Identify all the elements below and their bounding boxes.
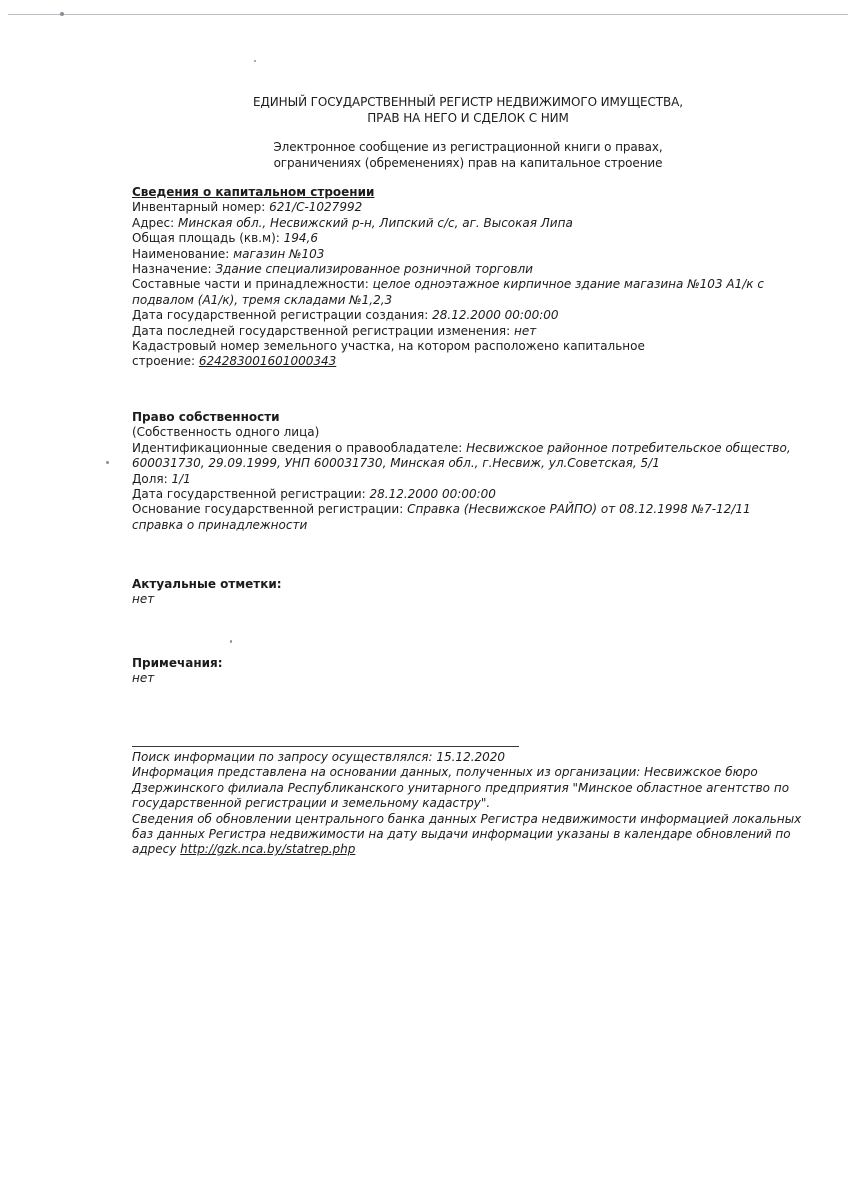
share-value: 1/1: [171, 472, 190, 486]
footer: Поиск информации по запросу осуществлялс…: [132, 750, 802, 858]
basis-value-line-1: Справка (Несвижское РАЙПО) от 08.12.1998…: [407, 502, 751, 516]
components-label: Составные части и принадлежности:: [132, 277, 373, 291]
creation-date-label: Дата государственной регистрации создани…: [132, 308, 432, 322]
purpose-value: Здание специализированное розничной торг…: [215, 262, 533, 276]
title-line-1: ЕДИНЫЙ ГОСУДАРСТВЕННЫЙ РЕГИСТР НЕДВИЖИМО…: [44, 95, 848, 111]
last-change-label: Дата последней государственной регистрац…: [132, 324, 514, 338]
area-label: Общая площадь (кв.м):: [132, 231, 284, 245]
notes-section-title: Примечания:: [132, 656, 792, 671]
cadastral-number-value: 624283001601000343: [199, 354, 336, 368]
document-title: ЕДИНЫЙ ГОСУДАРСТВЕННЫЙ РЕГИСТР НЕДВИЖИМО…: [44, 95, 848, 126]
source-line-1: Информация представлена на основании дан…: [132, 765, 802, 780]
creation-date-value: 28.12.2000 00:00:00: [432, 308, 558, 322]
marks-section: Актуальные отметки: нет: [132, 577, 792, 608]
subtitle-line-1: Электронное сообщение из регистрационной…: [44, 140, 848, 156]
address-field: Адрес: Минская обл., Несвижский р-н, Лип…: [132, 216, 792, 231]
holder-label: Идентификационные сведения о правооблада…: [132, 441, 466, 455]
last-change-field: Дата последней государственной регистрац…: [132, 324, 792, 339]
reg-date-label: Дата государственной регистрации:: [132, 487, 369, 501]
creation-date-field: Дата государственной регистрации создани…: [132, 308, 792, 323]
document-subtitle: Электронное сообщение из регистрационной…: [44, 140, 848, 171]
share-field: Доля: 1/1: [132, 472, 792, 487]
scan-edge-line: [8, 14, 848, 15]
holder-value-line-2: 600031730, 29.09.1999, УНП 600031730, Ми…: [132, 456, 792, 471]
notes-value: нет: [132, 671, 792, 686]
basis-field: Основание государственной регистрации: С…: [132, 502, 792, 517]
share-label: Доля:: [132, 472, 171, 486]
building-section: Сведения о капитальном строении Инвентар…: [132, 185, 792, 370]
ownership-type: (Собственность одного лица): [132, 425, 792, 440]
update-line-2: баз данных Регистра недвижимости на дату…: [132, 827, 802, 842]
ownership-section-title: Право собственности: [132, 410, 792, 425]
name-field: Наименование: магазин №103: [132, 247, 792, 262]
last-change-value: нет: [514, 324, 536, 338]
footer-separator: [132, 746, 519, 747]
inventory-label: Инвентарный номер:: [132, 200, 269, 214]
update-link-prefix: адресу: [132, 842, 180, 856]
components-value-line-1: целое одноэтажное кирпичное здание магаз…: [373, 277, 764, 291]
basis-value-line-2: справка о принадлежности: [132, 518, 792, 533]
reg-date-value: 28.12.2000 00:00:00: [369, 487, 495, 501]
cadastral-label-line-2: строение:: [132, 354, 199, 368]
marks-value: нет: [132, 592, 792, 607]
name-label: Наименование:: [132, 247, 233, 261]
scan-artifact-dot: [60, 12, 64, 16]
subtitle-line-2: ограничениях (обременениях) прав на капи…: [44, 156, 848, 172]
area-field: Общая площадь (кв.м): 194,6: [132, 231, 792, 246]
cadastral-label-line-1: Кадастровый номер земельного участка, на…: [132, 339, 792, 354]
scan-artifact-dot: [106, 461, 109, 464]
inventory-field: Инвентарный номер: 621/C-1027992: [132, 200, 792, 215]
address-value: Минская обл., Несвижский р-н, Липский с/…: [178, 216, 573, 230]
basis-label: Основание государственной регистрации:: [132, 502, 407, 516]
search-date-line: Поиск информации по запросу осуществлялс…: [132, 750, 802, 765]
source-line-2: Дзержинского филиала Республиканского ун…: [132, 781, 802, 796]
marks-section-title: Актуальные отметки:: [132, 577, 792, 592]
purpose-field: Назначение: Здание специализированное ро…: [132, 262, 792, 277]
ownership-section: Право собственности (Собственность одног…: [132, 410, 792, 533]
building-section-title: Сведения о капитальном строении: [132, 185, 792, 200]
update-line-3: адресу http://gzk.nca.by/statrep.php: [132, 842, 802, 857]
scan-artifact-dot: [230, 640, 232, 643]
source-line-3: государственной регистрации и земельному…: [132, 796, 802, 811]
components-value-line-2: подвалом (А1/к), тремя складами №1,2,3: [132, 293, 792, 308]
title-line-2: ПРАВ НА НЕГО И СДЕЛОК С НИМ: [44, 111, 848, 127]
name-value: магазин №103: [233, 247, 324, 261]
scan-artifact-dot: [254, 60, 256, 62]
update-line-1: Сведения об обновлении центрального банк…: [132, 812, 802, 827]
address-label: Адрес:: [132, 216, 178, 230]
statrep-link[interactable]: http://gzk.nca.by/statrep.php: [180, 842, 355, 856]
area-value: 194,6: [284, 231, 318, 245]
notes-section: Примечания: нет: [132, 656, 792, 687]
inventory-value: 621/C-1027992: [269, 200, 362, 214]
components-field: Составные части и принадлежности: целое …: [132, 277, 792, 292]
reg-date-field: Дата государственной регистрации: 28.12.…: [132, 487, 792, 502]
holder-field: Идентификационные сведения о правооблада…: [132, 441, 792, 456]
cadastral-field: строение: 624283001601000343: [132, 354, 792, 369]
purpose-label: Назначение:: [132, 262, 215, 276]
holder-value-line-1: Несвижское районное потребительское обще…: [466, 441, 791, 455]
